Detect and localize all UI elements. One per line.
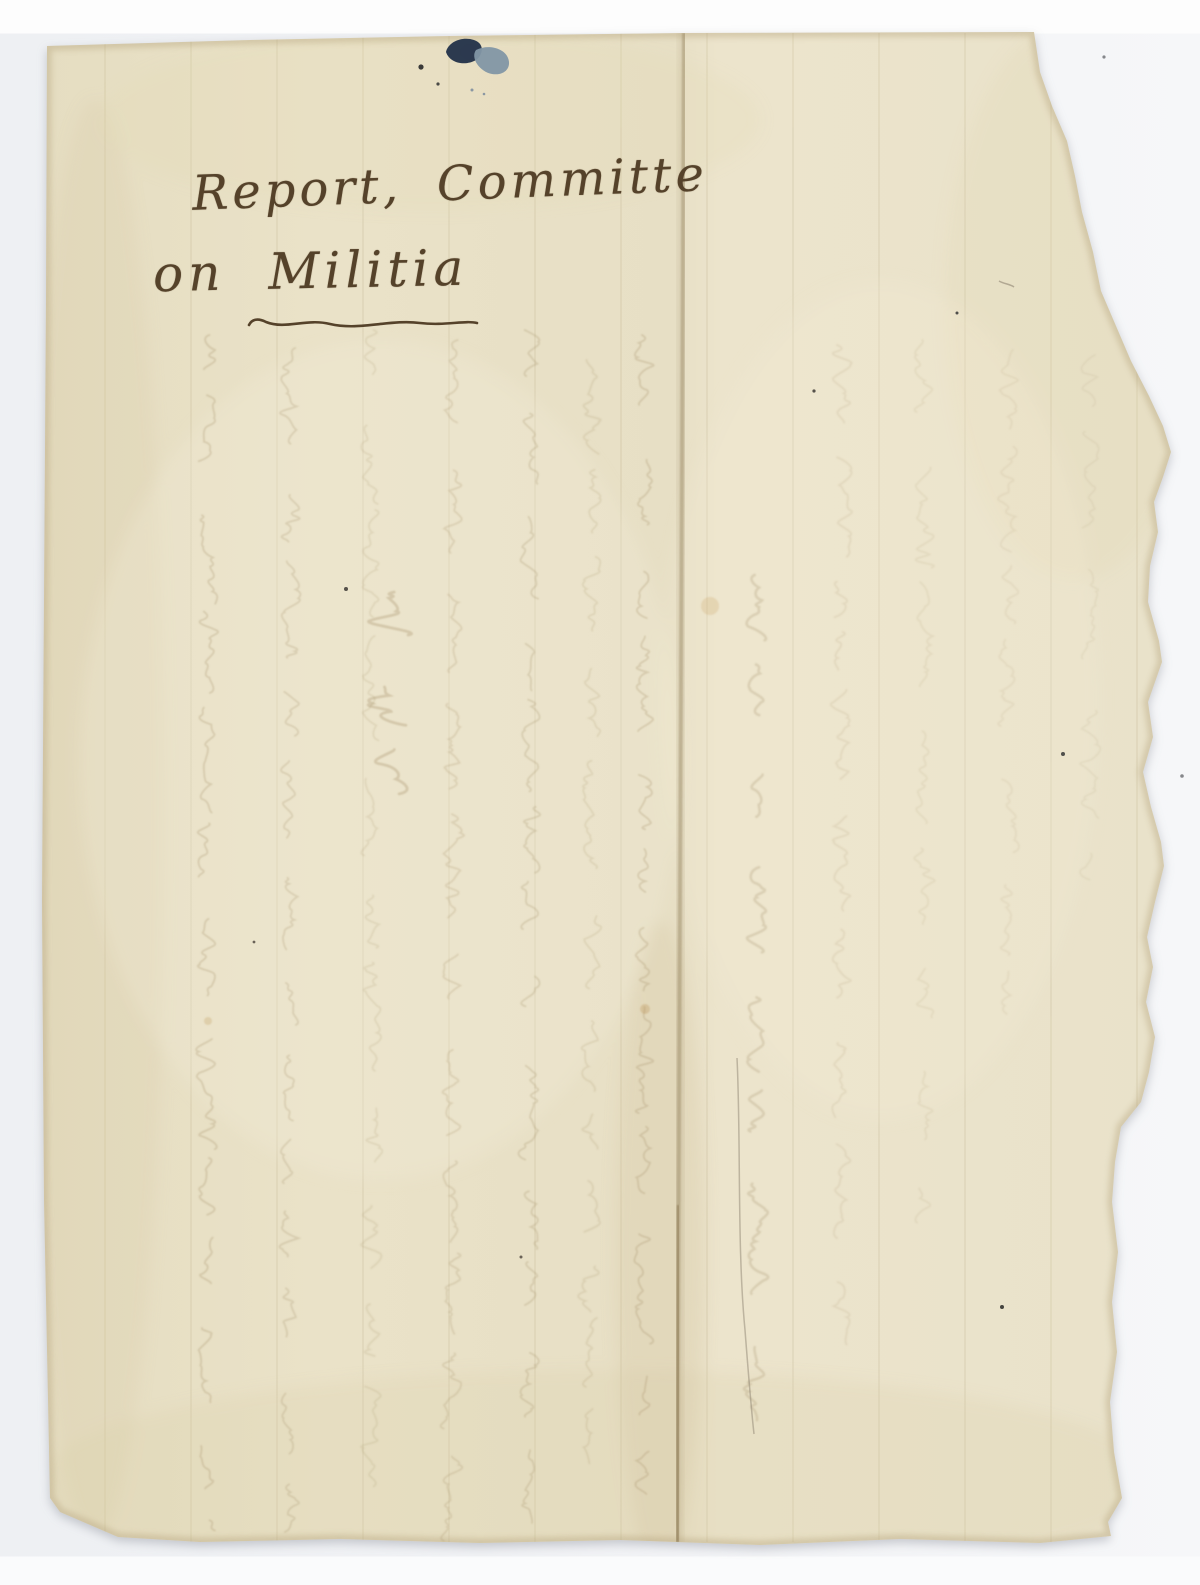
fold-crease-lower [677,1205,679,1542]
scanned-paper-graphic [0,0,1200,1585]
document-scan-page: Report, Committe on Militia [0,0,1200,1585]
